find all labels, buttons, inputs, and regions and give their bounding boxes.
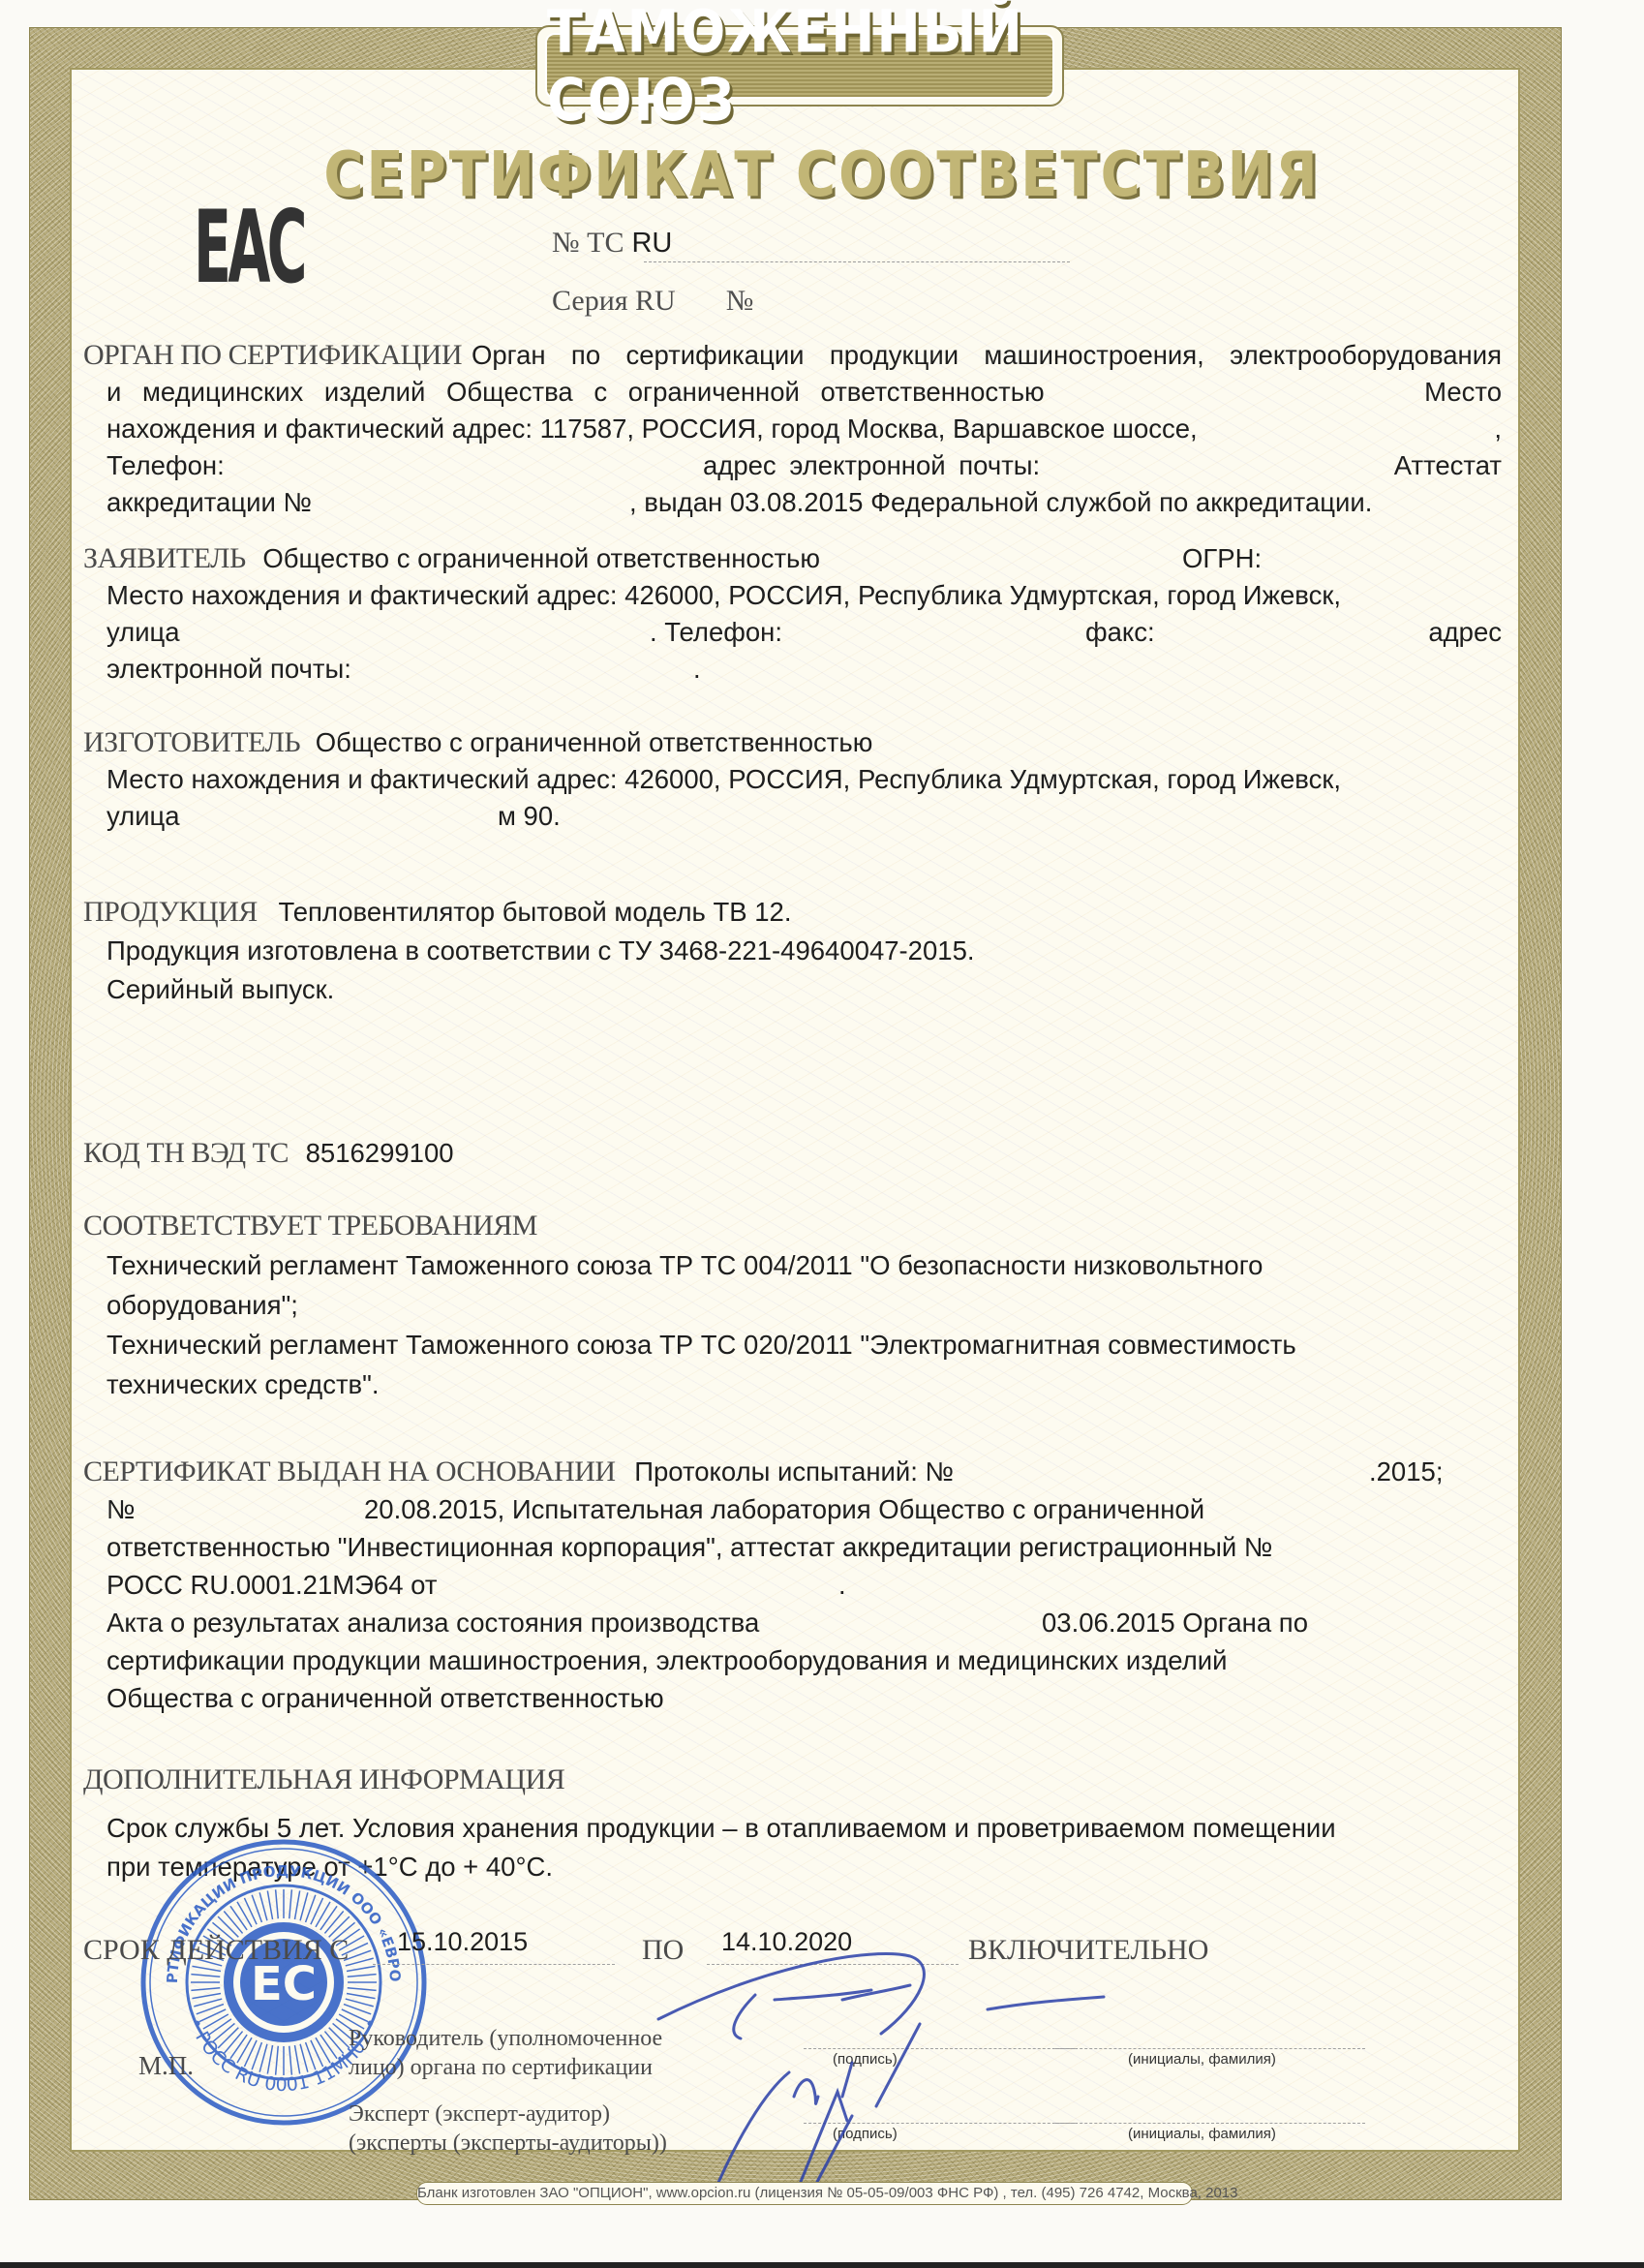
- label-basis: СЕРТИФИКАТ ВЫДАН НА ОСНОВАНИИ: [83, 1456, 616, 1487]
- customs-union-title: ТАМОЖЕННЫЙ СОЮЗ: [547, 0, 1052, 135]
- valid-to-date: 14.10.2020: [721, 1927, 852, 1957]
- requirement-line: Технический регламент Таможенного союза …: [83, 1245, 1502, 1285]
- label-valid-from: СРОК ДЕЙСТВИЯ С: [83, 1934, 349, 1967]
- series-value: RU: [635, 285, 676, 317]
- label-requirements: СООТВЕТСТВУЕТ ТРЕБОВАНИЯМ: [83, 1206, 1502, 1245]
- signature-hint: (подпись): [833, 2051, 898, 2068]
- section-hs-code: КОД ТН ВЭД ТС 8516299100: [83, 1135, 1502, 1172]
- label-additional-info: ДОПОЛНИТЕЛЬНАЯ ИНФОРМАЦИЯ: [83, 1761, 1502, 1799]
- valid-from-date: 15.10.2015: [397, 1927, 528, 1957]
- label-product: ПРОДУКЦИЯ: [83, 896, 258, 928]
- product-name: Тепловентилятор бытовой модель ТВ 12.: [264, 897, 791, 927]
- label-applicant: ЗАЯВИТЕЛЬ: [83, 542, 246, 574]
- certificate-number: № ТСRU: [552, 227, 672, 260]
- requirement-line: Технический регламент Таможенного союза …: [83, 1325, 1502, 1364]
- hs-code-value: 8516299100: [296, 1138, 454, 1168]
- label-hs-code: КОД ТН ВЭД ТС: [83, 1137, 289, 1169]
- section-requirements: СООТВЕТСТВУЕТ ТРЕБОВАНИЯМ Технический ре…: [83, 1206, 1502, 1404]
- section-additional-info: ДОПОЛНИТЕЛЬНАЯ ИНФОРМАЦИЯ Срок службы 5 …: [83, 1761, 1502, 1886]
- scan-edge: [0, 2262, 1644, 2268]
- label-valid-to: ПО: [642, 1934, 684, 1967]
- seal-place-label: М.П.: [138, 2051, 194, 2081]
- expert-label-line1: Эксперт (эксперт-аудитор): [349, 2099, 610, 2129]
- eac-logo-icon: ЕАС: [194, 190, 304, 306]
- section-manufacturer: ИЗГОТОВИТЕЛЬ Общество с ограниченной отв…: [83, 724, 1502, 835]
- name-hint: (инициалы, фамилия): [1128, 2051, 1276, 2068]
- signature-hint: (подпись): [833, 2126, 898, 2142]
- section-certification-body: ОРГАН ПО СЕРТИФИКАЦИИ Орган по сертифика…: [83, 337, 1502, 521]
- label-inclusive: ВКЛЮЧИТЕЛЬНО: [968, 1934, 1208, 1967]
- form-printer-footer: Бланк изготовлен ЗАО "ОПЦИОН", www.opcio…: [416, 2182, 1193, 2205]
- name-hint: (инициалы, фамилия): [1128, 2126, 1276, 2142]
- section-product: ПРОДУКЦИЯ Тепловентилятор бытовой модель…: [83, 893, 1502, 1009]
- certificate-series: Серия RU№: [552, 285, 753, 318]
- label-certification-body: ОРГАН ПО СЕРТИФИКАЦИИ: [83, 337, 462, 374]
- number-underline: [644, 261, 1070, 262]
- expert-label-line2: (эксперты (эксперты-аудиторы)): [349, 2129, 667, 2158]
- head-label-line1: Руководитель (уполномоченное: [349, 2024, 662, 2053]
- section-applicant: ЗАЯВИТЕЛЬ Общество с ограниченной ответс…: [83, 540, 1502, 688]
- section-basis: СЕРТИФИКАТ ВЫДАН НА ОСНОВАНИИ Протоколы …: [83, 1453, 1502, 1717]
- requirement-line: технических средств".: [83, 1364, 1502, 1404]
- label-manufacturer: ИЗГОТОВИТЕЛЬ: [83, 726, 300, 758]
- requirement-line: оборудования";: [83, 1285, 1502, 1325]
- customs-union-banner: ТАМОЖЕННЫЙ СОЮЗ: [535, 25, 1064, 107]
- head-label-line2: лицо) органа по сертификации: [349, 2053, 653, 2082]
- certificate-number-value: RU: [631, 228, 672, 259]
